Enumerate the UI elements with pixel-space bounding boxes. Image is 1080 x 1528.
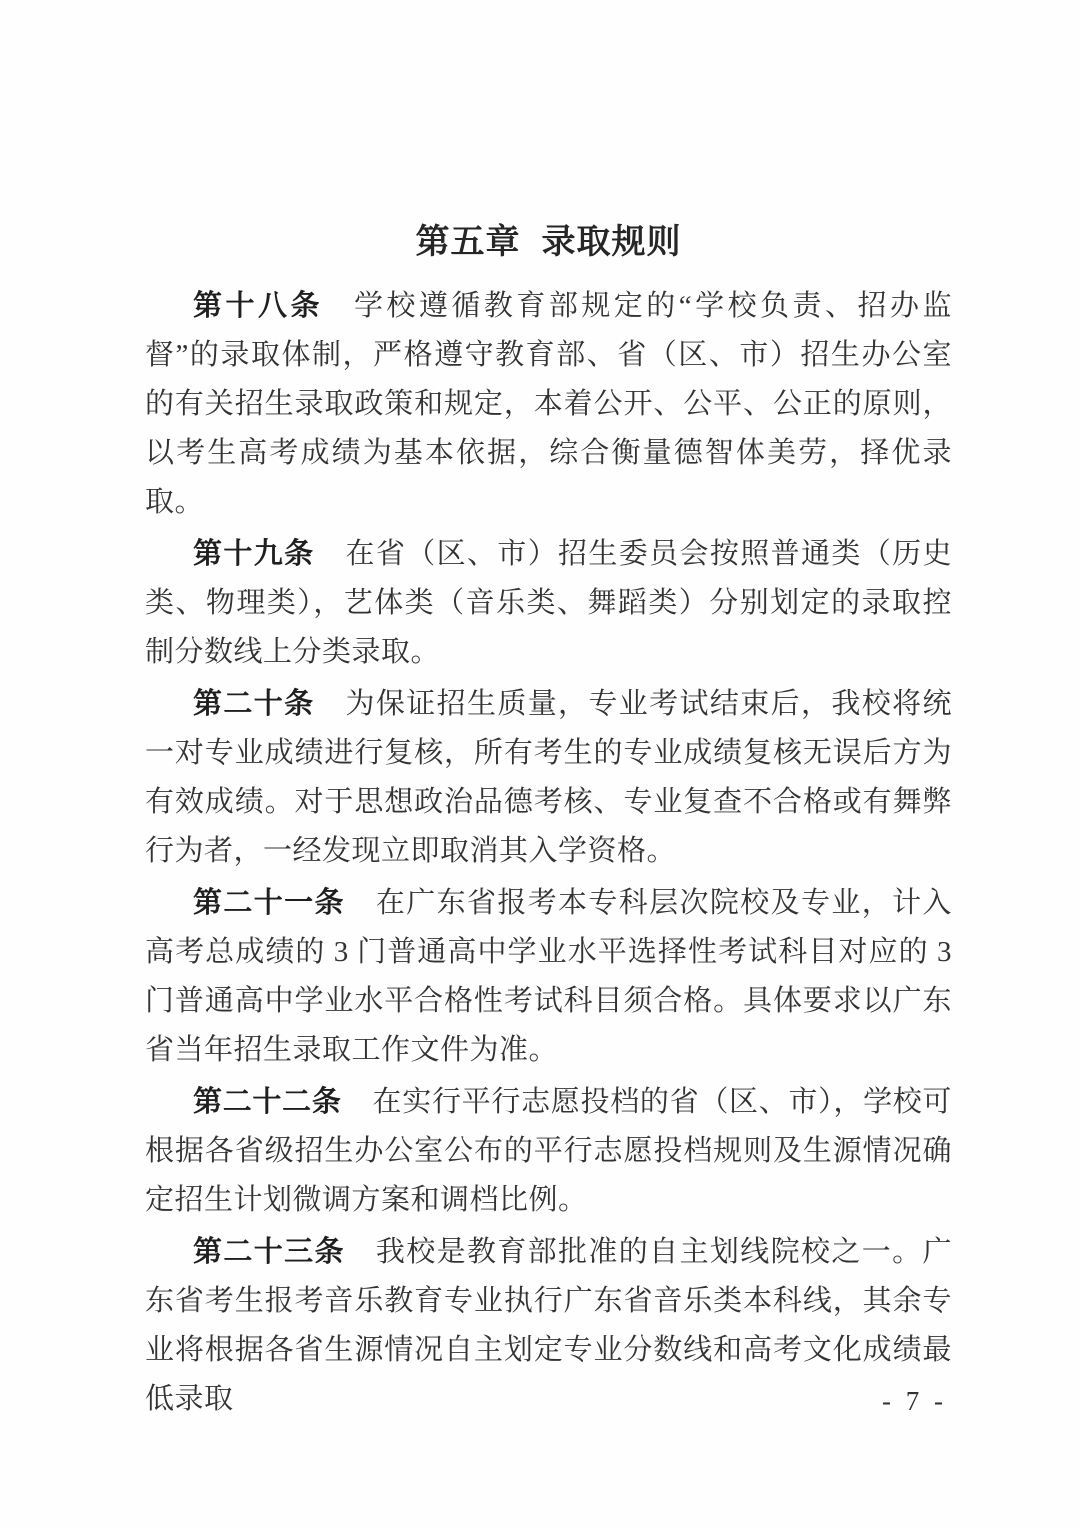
article-number-label: 第二十二条 [193, 1086, 342, 1118]
article-text: 学校遵循教育部规定的“学校负责、招办监督”的录取体制，严格遵守教育部、省（区、市… [145, 290, 952, 518]
article-paragraph-23: 第二十三条我校是教育部批准的自主划线院校之一。广东省考生报考音乐教育专业执行广东… [145, 1228, 952, 1424]
article-paragraph-18: 第十八条学校遵循教育部规定的“学校负责、招办监督”的录取体制，严格遵守教育部、省… [145, 282, 952, 527]
article-number-label: 第十八条 [193, 290, 323, 322]
page-number: - 7 - [882, 1385, 947, 1417]
article-number-label: 第二十条 [193, 688, 314, 720]
article-paragraph-19: 第十九条在省（区、市）招生委员会按照普通类（历史类、物理类），艺体类（音乐类、舞… [145, 530, 952, 677]
article-number-label: 第二十一条 [193, 887, 345, 919]
article-paragraph-20: 第二十条为保证招生质量，专业考试结束后，我校将统一对专业成绩进行复核，所有考生的… [145, 680, 952, 876]
chapter-title: 第五章 录取规则 [145, 222, 952, 262]
article-paragraph-22: 第二十二条在实行平行志愿投档的省（区、市），学校可根据各省级招生办公室公布的平行… [145, 1078, 952, 1225]
document-content: 第五章 录取规则 第十八条学校遵循教育部规定的“学校负责、招办监督”的录取体制，… [145, 222, 952, 1427]
article-paragraph-21: 第二十一条在广东省报考本专科层次院校及专业，计入高考总成绩的 3 门普通高中学业… [145, 879, 952, 1075]
document-page: 第五章 录取规则 第十八条学校遵循教育部规定的“学校负责、招办监督”的录取体制，… [0, 0, 1080, 1528]
article-number-label: 第十九条 [193, 538, 314, 570]
article-number-label: 第二十三条 [193, 1236, 345, 1268]
